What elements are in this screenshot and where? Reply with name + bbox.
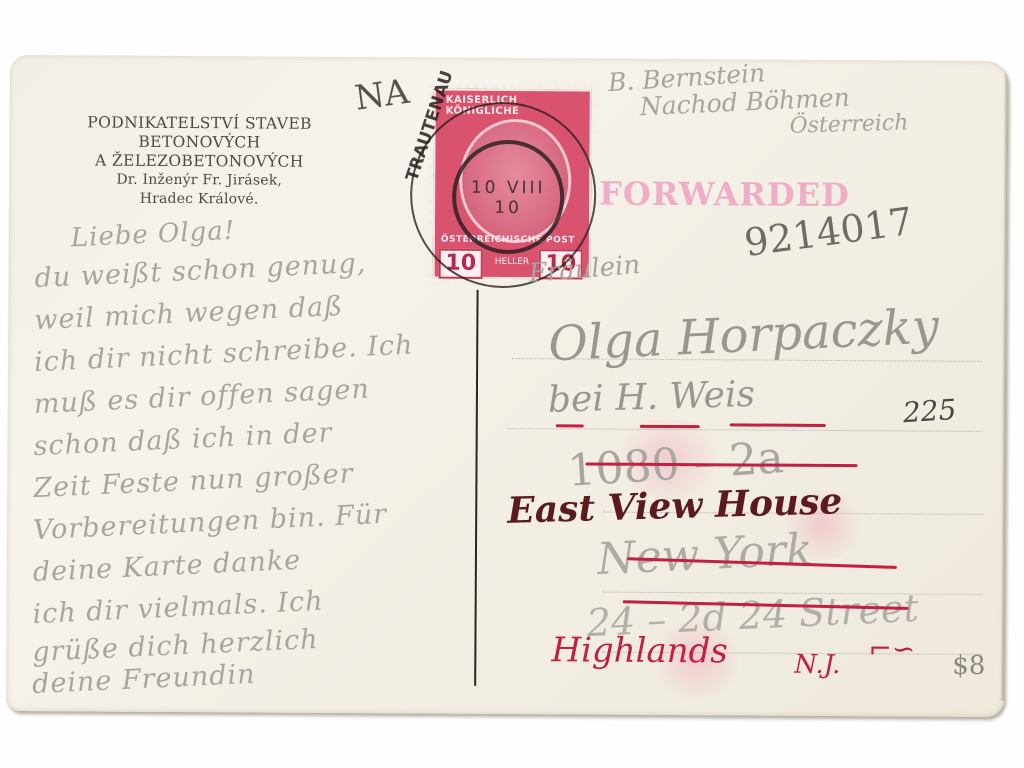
message-line: muß es dir offen sagen [33, 374, 370, 421]
message-line: Vorbereitungen bin. Für [32, 499, 387, 546]
pencil-price: $8 [952, 651, 985, 681]
message-line: ich dir nicht schreibe. Ich [33, 330, 414, 379]
header-line-4: Dr. Inženýr Fr. Jirásek, [49, 170, 349, 191]
sender-note-line-3: Österreich [789, 110, 908, 138]
forwarding-scribble: ⌐∽ [868, 632, 915, 665]
message-line: weil mich wegen daß [34, 291, 344, 336]
printed-publisher-header: PODNIKATELSTVÍ STAVEB BETONOVÝCH A ŽELEZ… [49, 113, 350, 210]
red-underline [730, 423, 826, 426]
header-line-2: BETONOVÝCH [49, 132, 349, 153]
message-line: Zeit Feste nun großer [33, 458, 355, 504]
message-line: schon daß ich in der [33, 417, 333, 462]
postcard-back: PODNIKATELSTVÍ STAVEB BETONOVÝCH A ŽELEZ… [6, 55, 1008, 717]
forwarding-state: N.J. [794, 650, 840, 680]
red-underline [640, 425, 700, 428]
address-city-struck: New York [596, 524, 814, 585]
pencil-mark-na: NA [352, 72, 411, 119]
forwarded-hand-stamp: FORWARDED [599, 175, 850, 215]
message-salutation: Liebe Olga! [70, 216, 236, 254]
pencil-number-225: 225 [902, 393, 957, 429]
header-line-1: PODNIKATELSTVÍ STAVEB [50, 113, 350, 134]
forwarding-address-line-2: Highlands [551, 630, 728, 671]
postcard-scan-page: PODNIKATELSTVÍ STAVEB BETONOVÝCH A ŽELEZ… [0, 0, 1024, 768]
header-line-5: Hradec Králové. [49, 189, 349, 210]
header-line-3: A ŽELEZOBETONOVÝCH [49, 151, 349, 172]
message-line: du weißt schon genug, [34, 248, 367, 294]
card-edge-shadow [1000, 71, 1008, 701]
message-line: ich dir vielmals. Ich [32, 586, 324, 630]
center-divider-line [474, 290, 478, 686]
postmark-date: 10 VIII 10 [456, 178, 560, 219]
message-line: deine Karte danke [32, 545, 302, 588]
red-underline [556, 424, 584, 427]
address-care-of: bei H. Weis [547, 374, 755, 421]
address-name: Olga Horpaczky [547, 298, 940, 372]
